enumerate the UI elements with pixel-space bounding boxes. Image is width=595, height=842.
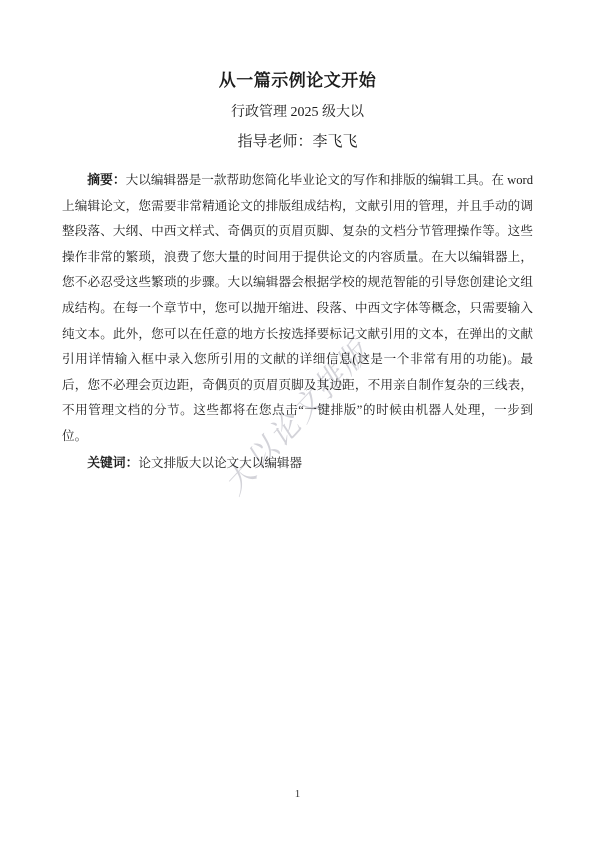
abstract-body-text: 大以编辑器是一款帮助您简化毕业论文的写作和排版的编辑工具。在 word 上编辑论… [62, 173, 533, 443]
document-page: 大以论文排版 从一篇示例论文开始 行政管理 2025 级大以 指导老师：李飞飞 … [0, 0, 595, 842]
keywords-paragraph: 关键词：论文排版大以论文大以编辑器 [62, 450, 533, 477]
abstract-label: 摘要： [87, 172, 125, 187]
abstract-paragraph: 摘要：大以编辑器是一款帮助您简化毕业论文的写作和排版的编辑工具。在 word 上… [62, 167, 533, 450]
abstract-section: 摘要：大以编辑器是一款帮助您简化毕业论文的写作和排版的编辑工具。在 word 上… [62, 167, 533, 476]
advisor-line: 指导老师：李飞飞 [0, 133, 595, 152]
page-title: 从一篇示例论文开始 [0, 0, 595, 91]
author-line: 行政管理 2025 级大以 [0, 104, 595, 121]
keywords-body-text: 论文排版大以论文大以编辑器 [138, 456, 302, 470]
page-number: 1 [0, 788, 595, 800]
keywords-label: 关键词： [87, 455, 138, 470]
